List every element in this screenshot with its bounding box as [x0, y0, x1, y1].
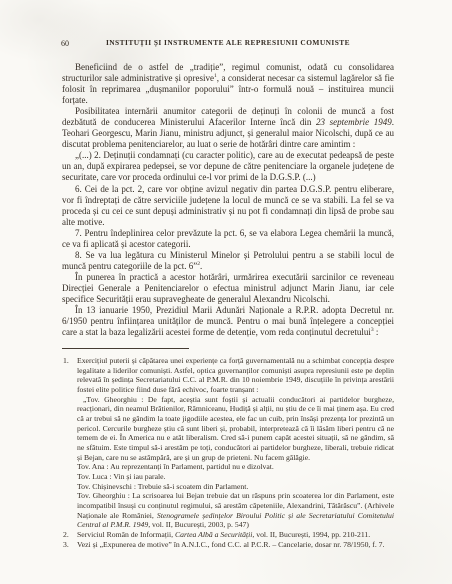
body-paragraph: 8. Se va lua legătura cu Ministerul Mine… [62, 250, 394, 272]
page-content: 60 INSTITUȚII ȘI INSTRUMENTE ALE REPRESI… [62, 38, 394, 549]
text-segment: : [374, 327, 379, 337]
text-segment: Tov. Chișinevschi : Trebuie să-i scoatem… [77, 482, 248, 491]
page-number: 60 [61, 39, 69, 48]
text-segment: 23 septembrie 1949 [316, 117, 392, 127]
body-paragraph: Posibilitatea internării anumitor catego… [62, 106, 394, 150]
footnote-paragraph: „Tov. Gheorghiu : De fapt, aceștia sunt … [77, 395, 394, 463]
footnote-paragraph: Exercițiul puterii și căpătarea unei exp… [77, 356, 394, 395]
text-segment: . [200, 261, 202, 271]
footnote-paragraph: Vezi și „Expunerea de motive” în A.N.I.C… [77, 540, 394, 550]
running-header-row: 60 INSTITUȚII ȘI INSTRUMENTE ALE REPRESI… [62, 38, 394, 50]
body-paragraph: 7. Pentru îndeplinirea celor prevăzute l… [62, 228, 394, 250]
text-segment: În punerea în practică a acestor hotărâr… [62, 272, 394, 304]
body-paragraph: În 13 ianuarie 1950, Prezidiul Marii Adu… [62, 305, 394, 338]
footnote-paragraph: Serviciul Român de Informații, Cartea Al… [77, 530, 394, 540]
text-segment: „Tov. Gheorghiu : De fapt, aceștia sunt … [77, 395, 394, 462]
text-segment: , vol. II, București, 2003, p. 547) [148, 520, 249, 529]
scanned-book-page: 60 INSTITUȚII ȘI INSTRUMENTE ALE REPRESI… [0, 0, 452, 584]
text-segment: 7. Pentru îndeplinirea celor prevăzute l… [62, 228, 394, 249]
footnote-number: 2. [63, 530, 69, 540]
footnote-number: 3. [63, 540, 69, 550]
footnotes-section: 1.Exercițiul puterii și căpătarea unei e… [62, 356, 394, 549]
text-segment: „(...) 2. Deținuții condamnați (cu carac… [62, 150, 394, 182]
footnote-separator [62, 348, 189, 349]
text-segment: Cartea Albă a Securității [175, 530, 252, 539]
footnote: 2.Serviciul Român de Informații, Cartea … [62, 530, 394, 540]
text-segment: În 13 ianuarie 1950, Prezidiul Marii Adu… [62, 305, 394, 337]
footnote-paragraph: Tov. Gheorghiu : La scrisoarea lui Bejan… [77, 491, 394, 530]
footnote: 1.Exercițiul puterii și căpătarea unei e… [62, 356, 394, 530]
body-paragraph: Beneficiind de o astfel de „tradiție”, r… [62, 62, 394, 106]
footnote: 3.Vezi și „Expunerea de motive” în A.N.I… [62, 540, 394, 550]
body-paragraph: 6. Cei de la pct. 2, care vor obține avi… [62, 184, 394, 228]
footnote-paragraph: Tov. Luca : Vin și iau parale. [77, 472, 394, 482]
body-paragraph: În punerea în practică a acestor hotărâr… [62, 272, 394, 305]
text-segment: 8. Se va lua legătura cu Ministerul Mine… [62, 250, 394, 271]
text-segment: Exercițiul puterii și căpătarea unei exp… [77, 356, 394, 394]
footnote-number: 1. [63, 356, 69, 366]
footnote-paragraph: Tov. Chișinevschi : Trebuie să-i scoatem… [77, 482, 394, 492]
body-text: Beneficiind de o astfel de „tradiție”, r… [62, 62, 394, 338]
text-segment: , vol. II, București, 1994, pp. 210-211. [252, 530, 370, 539]
text-segment: Serviciul Român de Informații, [77, 530, 175, 539]
running-header-title: INSTITUȚII ȘI INSTRUMENTE ALE REPRESIUNI… [62, 38, 394, 47]
text-segment: Tov. Ana : Au reprezentanți în Parlament… [77, 462, 274, 471]
text-segment: Vezi și „Expunerea de motive” în A.N.I.C… [77, 540, 384, 549]
body-paragraph: „(...) 2. Deținuții condamnați (cu carac… [62, 150, 394, 183]
text-segment: Tov. Luca : Vin și iau parale. [77, 472, 165, 481]
footnote-paragraph: Tov. Ana : Au reprezentanți în Parlament… [77, 462, 394, 472]
text-segment: 6. Cei de la pct. 2, care vor obține avi… [62, 184, 394, 227]
